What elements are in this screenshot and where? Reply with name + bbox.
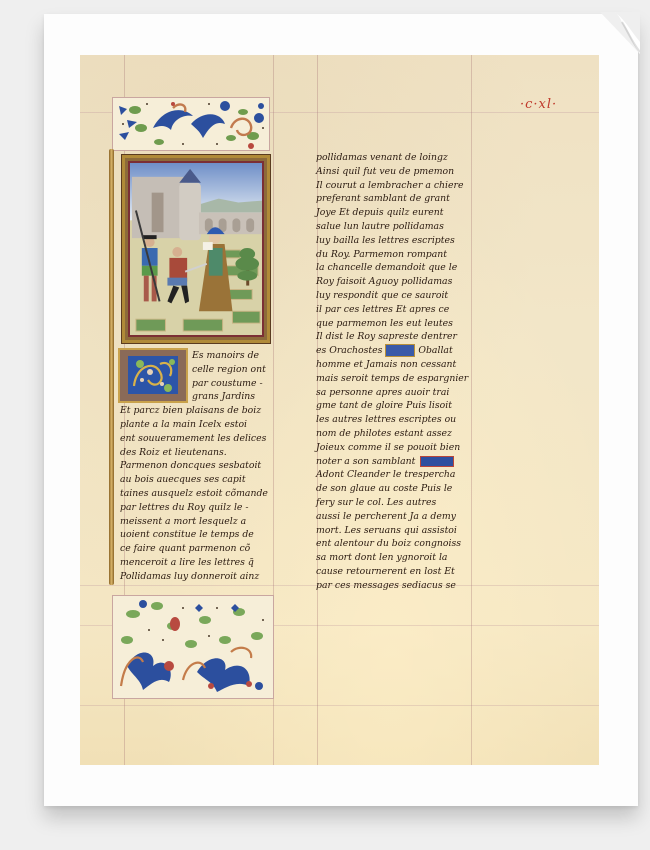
text-line: sa personne apres auoir trai (316, 386, 468, 400)
text-fragment: noter a son samblant (316, 456, 415, 467)
text-line: luy bailla les lettres escriptes (316, 234, 468, 248)
text-line: Roy faisoit Aguoy pollidamas (316, 275, 468, 289)
text-line: meissent a mort lesquelz a (120, 515, 268, 529)
text-line: par ces messages sediacus se (316, 579, 468, 593)
text-line: Parmenon doncques sesbatoit (120, 459, 268, 473)
text-line: par coustume - (192, 377, 268, 391)
text-fragment: es Orachostes (316, 345, 382, 356)
text-line: aussi le percherent Ja a demy (316, 510, 468, 524)
text-line: de son glaue au coste Puis le (316, 482, 468, 496)
text-line: mais seroit temps de espargnier (316, 372, 468, 386)
text-line: gme tant de gloire Puis lisoit (316, 399, 468, 413)
text-line: ent souueramement les delices (120, 432, 268, 446)
text-line: Es manoirs de (192, 349, 268, 363)
bottom-floral-border (112, 595, 274, 699)
left-text-column: Es manoirs de celle region ont par coust… (120, 349, 268, 584)
text-line: Et parcz bien plaisans de boiz (120, 404, 268, 418)
text-line: menceroit a lire les lettres q̃ (120, 556, 268, 570)
text-line: Joye Et depuis quilz eurent (316, 206, 468, 220)
text-line: salue lun lautre pollidamas (316, 220, 468, 234)
text-line: Joieux comme il se pouoit bien (316, 441, 468, 455)
vertical-gold-bar (109, 149, 114, 585)
text-line: cause retournerent en lost Et (316, 565, 468, 579)
text-line: nom de philotes estant assez (316, 427, 468, 441)
text-line: Pollidamas luy donneroit ainz (120, 570, 268, 584)
text-line: uoient constitue le temps de (120, 528, 268, 542)
text-line: il par ces lettres Et apres ce (316, 303, 468, 317)
text-line: au bois auecques ses capit (120, 473, 268, 487)
text-line: plante a la main Icelx estoi (120, 418, 268, 432)
text-line: mort. Les seruans qui assistoi (316, 524, 468, 538)
text-line: ent alentour du boiz congnoiss (316, 537, 468, 551)
manuscript-page: ·c·xl· (80, 55, 599, 765)
right-text-column: pollidamas venant de loingz Ainsi quil f… (316, 151, 468, 593)
text-line: des Roiz et lieutenans. (120, 446, 268, 460)
text-line: la chancelle demandoit que le (316, 261, 468, 275)
top-floral-border (112, 97, 270, 151)
text-line: que parmemon les eut leutes (316, 317, 468, 331)
text-line: les autres lettres escriptes ou (316, 413, 468, 427)
text-line: Ainsi quil fut veu de pmemon (316, 165, 468, 179)
text-line-with-initial: es Orachostes Oballat (316, 344, 468, 358)
line-filler-ornament (420, 456, 454, 467)
text-line: celle region ont (192, 363, 268, 377)
text-line: Il courut a lembracher a chiere (316, 179, 468, 193)
text-line: grans Jardins (192, 390, 268, 404)
text-line: preferant samblant de grant (316, 192, 468, 206)
text-line: sa mort dont len ygnoroit la (316, 551, 468, 565)
text-line: pollidamas venant de loingz (316, 151, 468, 165)
text-line: homme et Jamais non cessant (316, 358, 468, 372)
folio-number: ·c·xl· (520, 97, 557, 112)
text-fragment: Oballat (418, 345, 452, 356)
text-line: ce faire quant parmenon cõ (120, 542, 268, 556)
text-line: luy respondit que ce sauroit (316, 289, 468, 303)
small-decorated-initial (385, 344, 415, 357)
text-line: fery sur le col. Les autres (316, 496, 468, 510)
miniature-illustration (122, 155, 270, 343)
text-line: du Roy. Parmemon rompant (316, 248, 468, 262)
page-curl-icon (600, 12, 640, 54)
text-line: taines ausquelz estoit cõmande (120, 487, 268, 501)
text-line: Il dist le Roy sapreste dentrer (316, 330, 468, 344)
text-line-with-filler: noter a son samblant (316, 455, 468, 469)
text-line: par lettres du Roy quilz le - (120, 501, 268, 515)
print-sheet: ·c·xl· (44, 14, 638, 806)
text-line: Adont Cleander le trespercha (316, 468, 468, 482)
